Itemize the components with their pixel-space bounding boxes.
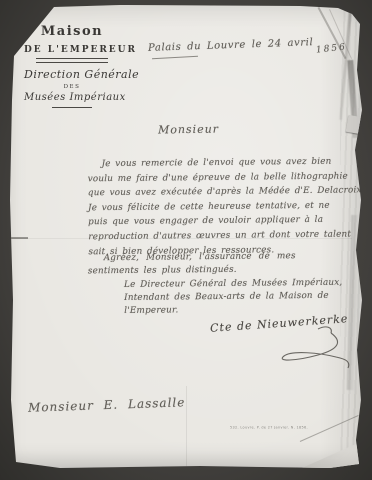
dateline-year: 1856 [316,42,348,55]
paper-crease [347,215,359,390]
closing-line: Intendant des Beaux-arts de la Maison de [124,290,344,306]
letterhead-rule [36,58,108,63]
body-line: puis que vous engager de vouloir appliqu… [88,213,326,230]
addressee: Monsieur E. Lassalle [28,395,186,414]
letterhead-des: DES [24,84,120,90]
body-line: Je vous remercie de l'envoi que vous ave… [87,155,325,172]
paper-fold-mark [6,237,28,239]
scanned-letter-page: Maison DE L'EMPEREUR Direction Générale … [0,0,372,480]
letterhead-musees-imperiaux: Musées Impériaux [24,92,120,103]
paper-dogear-fold [302,442,360,468]
closing-line: Agréez, Monsieur, l'assurance de mes [88,250,344,266]
paper-crease-right-edge [340,0,364,470]
closing-line: l'Empereur. [124,303,344,319]
dateline: Palais du Louvre le 24 avril [148,37,314,54]
body-line: Je vous félicite de cette heureuse tenta… [88,199,326,216]
signature-flourish [200,315,365,370]
dateline-underline [152,56,198,59]
paper-corner-crease [329,9,352,59]
closing-line: Le Directeur Général des Musées Impériau… [124,276,344,292]
paper-crease [347,60,358,138]
letterhead-rule [52,107,92,108]
paper-bottom-shadow [10,450,358,468]
letter-body: Je vous remercie de l'envoi que vous ave… [87,155,326,260]
salutation: Monsieur [158,122,219,136]
letterhead-maison: Maison [24,24,120,39]
paper-fold-line-vertical [186,386,187,468]
signature-nieuwerkerke: Cte de Nieuwerkerke [210,312,349,335]
paper-corner-crease [318,7,347,59]
printer-imprint: 532. Louvre. P. de 27 Janvier. N. 1856. [230,425,308,429]
closing-line: sentiments les plus distingués. [88,263,344,279]
body-line: que vous avez exécutée d'après la Médée … [88,184,326,201]
paper-dogear-edge [300,415,359,442]
letter-paper-sheet: Maison DE L'EMPEREUR Direction Générale … [0,0,372,480]
body-line: voulu me faire d'une épreuve de la belle… [88,169,326,186]
letterhead: Maison DE L'EMPEREUR Direction Générale … [24,24,120,108]
letterhead-de-l-empereur: DE L'EMPEREUR [24,45,120,55]
body-line: sait si bien développer les ressources. [88,242,326,259]
letter-closing: Agréez, Monsieur, l'assurance de mes sen… [88,250,345,319]
paper-torn-flap [346,115,364,134]
paper-fold-line [8,238,352,239]
letterhead-direction-generale: Direction Générale [24,68,120,81]
body-line: reproduction d'autres œuvres un art dont… [88,228,326,245]
paper-crease [339,10,352,120]
